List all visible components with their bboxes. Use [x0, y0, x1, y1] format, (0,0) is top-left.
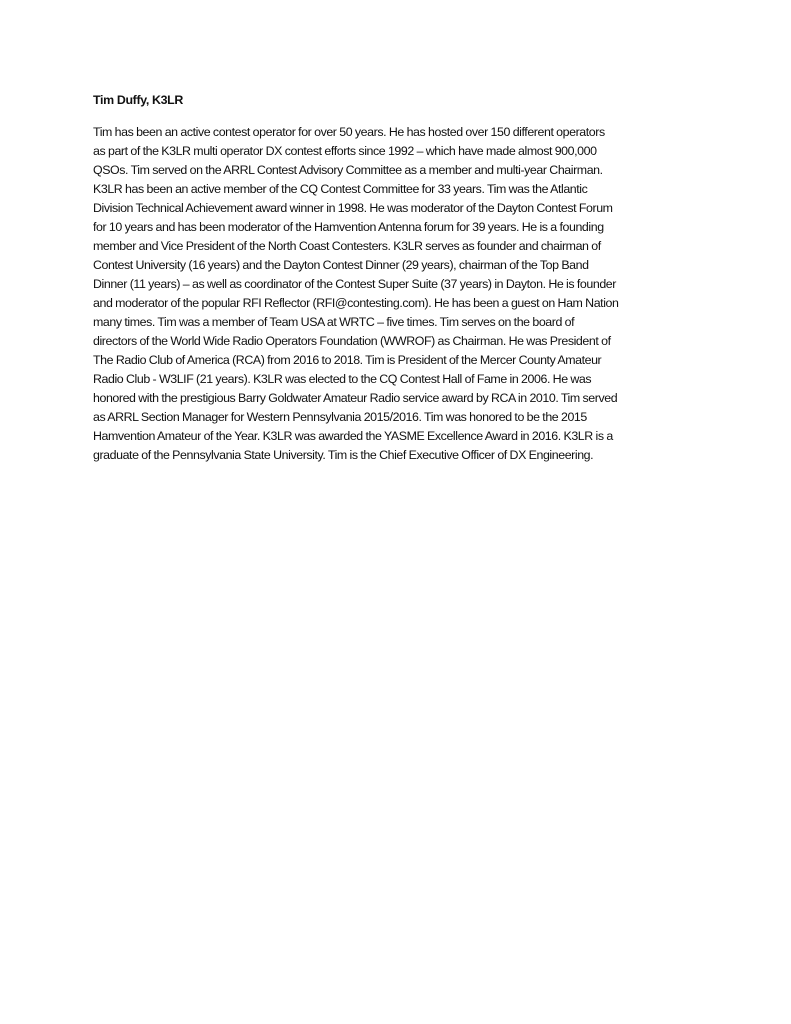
paragraph-line: and moderator of the popular RFI Reflect… — [93, 294, 713, 313]
paragraph-line: as part of the K3LR multi operator DX co… — [93, 142, 713, 161]
document-page: Tim Duffy, K3LR Tim has been an active c… — [0, 0, 791, 1024]
paragraph-line: honored with the prestigious Barry Goldw… — [93, 389, 713, 408]
paragraph-line: Hamvention Amateur of the Year. K3LR was… — [93, 427, 713, 446]
paragraph-line: QSOs. Tim served on the ARRL Contest Adv… — [93, 161, 713, 180]
paragraph-line: Division Technical Achievement award win… — [93, 199, 713, 218]
biography-paragraph: Tim has been an active contest operator … — [93, 123, 713, 465]
paragraph-line: many times. Tim was a member of Team USA… — [93, 313, 713, 332]
paragraph-line: Tim has been an active contest operator … — [93, 123, 713, 142]
paragraph-line: The Radio Club of America (RCA) from 201… — [93, 351, 713, 370]
paragraph-line: graduate of the Pennsylvania State Unive… — [93, 446, 713, 465]
paragraph-line: K3LR has been an active member of the CQ… — [93, 180, 713, 199]
document-title: Tim Duffy, K3LR — [93, 93, 183, 107]
paragraph-line: directors of the World Wide Radio Operat… — [93, 332, 713, 351]
paragraph-line: Radio Club - W3LIF (21 years). K3LR was … — [93, 370, 713, 389]
paragraph-line: member and Vice President of the North C… — [93, 237, 713, 256]
paragraph-line: Contest University (16 years) and the Da… — [93, 256, 713, 275]
paragraph-line: for 10 years and has been moderator of t… — [93, 218, 713, 237]
paragraph-line: as ARRL Section Manager for Western Penn… — [93, 408, 713, 427]
paragraph-line: Dinner (11 years) – as well as coordinat… — [93, 275, 713, 294]
